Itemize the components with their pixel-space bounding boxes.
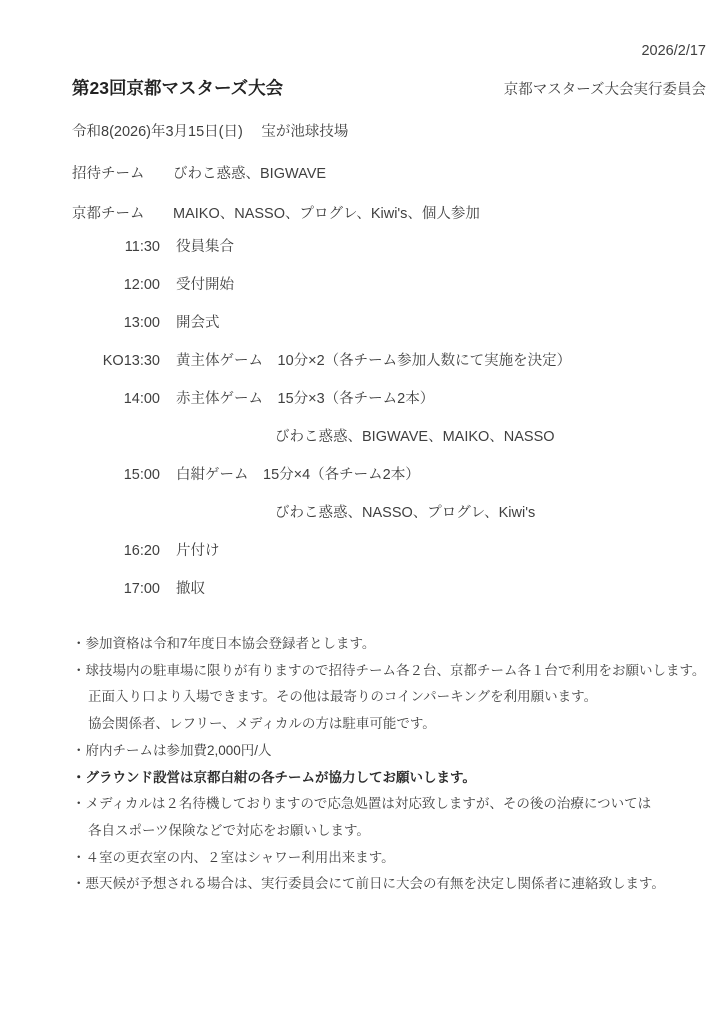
note-line-continuation: 協会関係者、レフリー、メディカルの方は駐車可能です。 [88,711,710,738]
invited-teams-value: びわこ惑惑、BIGWAVE [173,165,326,183]
note-line-continuation: 各自スポーツ保険などで対応をお願いします。 [88,818,710,845]
schedule-detail: 片付け [176,542,220,560]
schedule-row: 12:00 受付開始 [72,276,724,294]
schedule-detail: 黄主体ゲーム 10分×2（各チーム参加人数にて実施を決定） [176,352,571,370]
event-date-venue: 令和8(2026)年3月15日(日) 宝が池球技場 [72,123,724,141]
schedule-team-list: びわこ惑惑、NASSO、プログレ、Kiwi's [275,504,724,522]
schedule-time: 14:00 [72,390,160,408]
schedule-detail: 白紺ゲーム 15分×4（各チーム2本） [176,466,420,484]
document-page: 2026/2/17 第23回京都マスターズ大会 京都マスターズ大会実行委員会 令… [0,0,724,1024]
kyoto-teams-value: MAIKO、NASSO、プログレ、Kiwi's、個人参加 [173,205,480,223]
schedule-time: 11:30 [72,238,160,256]
notes-section: ・参加資格は令和7年度日本協会登録者とします。 ・球技場内の駐車場に限りが有りま… [0,631,724,898]
note-line: ・４室の更衣室の内、２室はシャワー利用出来ます。 [72,845,710,872]
schedule-row: 13:00 開会式 [72,314,724,332]
schedule-row: 15:00 白紺ゲーム 15分×4（各チーム2本） [72,466,724,484]
note-line: ・悪天候が予想される場合は、実行委員会にて前日に大会の有無を決定し関係者に連絡致… [72,871,710,898]
schedule-list: 11:30 役員集合 12:00 受付開始 13:00 開会式 KO13:30 … [0,238,724,598]
schedule-time: 12:00 [72,276,160,294]
schedule-row: 11:30 役員集合 [72,238,724,256]
note-line: ・メディカルは２名待機しておりますので応急処置は対応致しますが、その後の治療につ… [72,791,710,818]
kyoto-teams-label: 京都チーム [72,205,173,223]
organizer-name: 京都マスターズ大会実行委員会 [504,81,706,99]
note-line: ・府内チームは参加費2,000円/人 [72,738,710,765]
note-line: ・参加資格は令和7年度日本協会登録者とします。 [72,631,710,658]
schedule-time: 17:00 [72,580,160,598]
schedule-time: 13:00 [72,314,160,332]
invited-teams-label: 招待チーム [72,165,173,183]
schedule-team-list: びわこ惑惑、BIGWAVE、MAIKO、NASSO [275,428,724,446]
schedule-detail: 撤収 [176,580,205,598]
schedule-row: 14:00 赤主体ゲーム 15分×3（各チーム2本） [72,390,724,408]
note-line: ・球技場内の駐車場に限りが有りますので招待チーム各２台、京都チーム各１台で利用を… [72,658,710,685]
document-header: 第23回京都マスターズ大会 京都マスターズ大会実行委員会 [72,77,706,99]
schedule-row: 17:00 撤収 [72,580,724,598]
schedule-time: 16:20 [72,542,160,560]
schedule-time: KO13:30 [72,352,160,370]
schedule-detail: 役員集合 [176,238,234,256]
kyoto-teams-line: 京都チーム MAIKO、NASSO、プログレ、Kiwi's、個人参加 [72,205,724,223]
schedule-detail: 開会式 [176,314,220,332]
note-line-bold: ・グラウンド設営は京都白紺の各チームが協力してお願いします。 [72,765,710,792]
invited-teams-line: 招待チーム びわこ惑惑、BIGWAVE [72,165,724,183]
schedule-detail: 受付開始 [176,276,234,294]
document-date: 2026/2/17 [0,0,724,60]
note-line-continuation: 正面入り口より入場できます。その他は最寄りのコインパーキングを利用願います。 [88,684,710,711]
schedule-row: KO13:30 黄主体ゲーム 10分×2（各チーム参加人数にて実施を決定） [72,352,724,370]
schedule-row: 16:20 片付け [72,542,724,560]
page-title: 第23回京都マスターズ大会 [72,77,283,99]
schedule-time: 15:00 [72,466,160,484]
schedule-detail: 赤主体ゲーム 15分×3（各チーム2本） [176,390,434,408]
